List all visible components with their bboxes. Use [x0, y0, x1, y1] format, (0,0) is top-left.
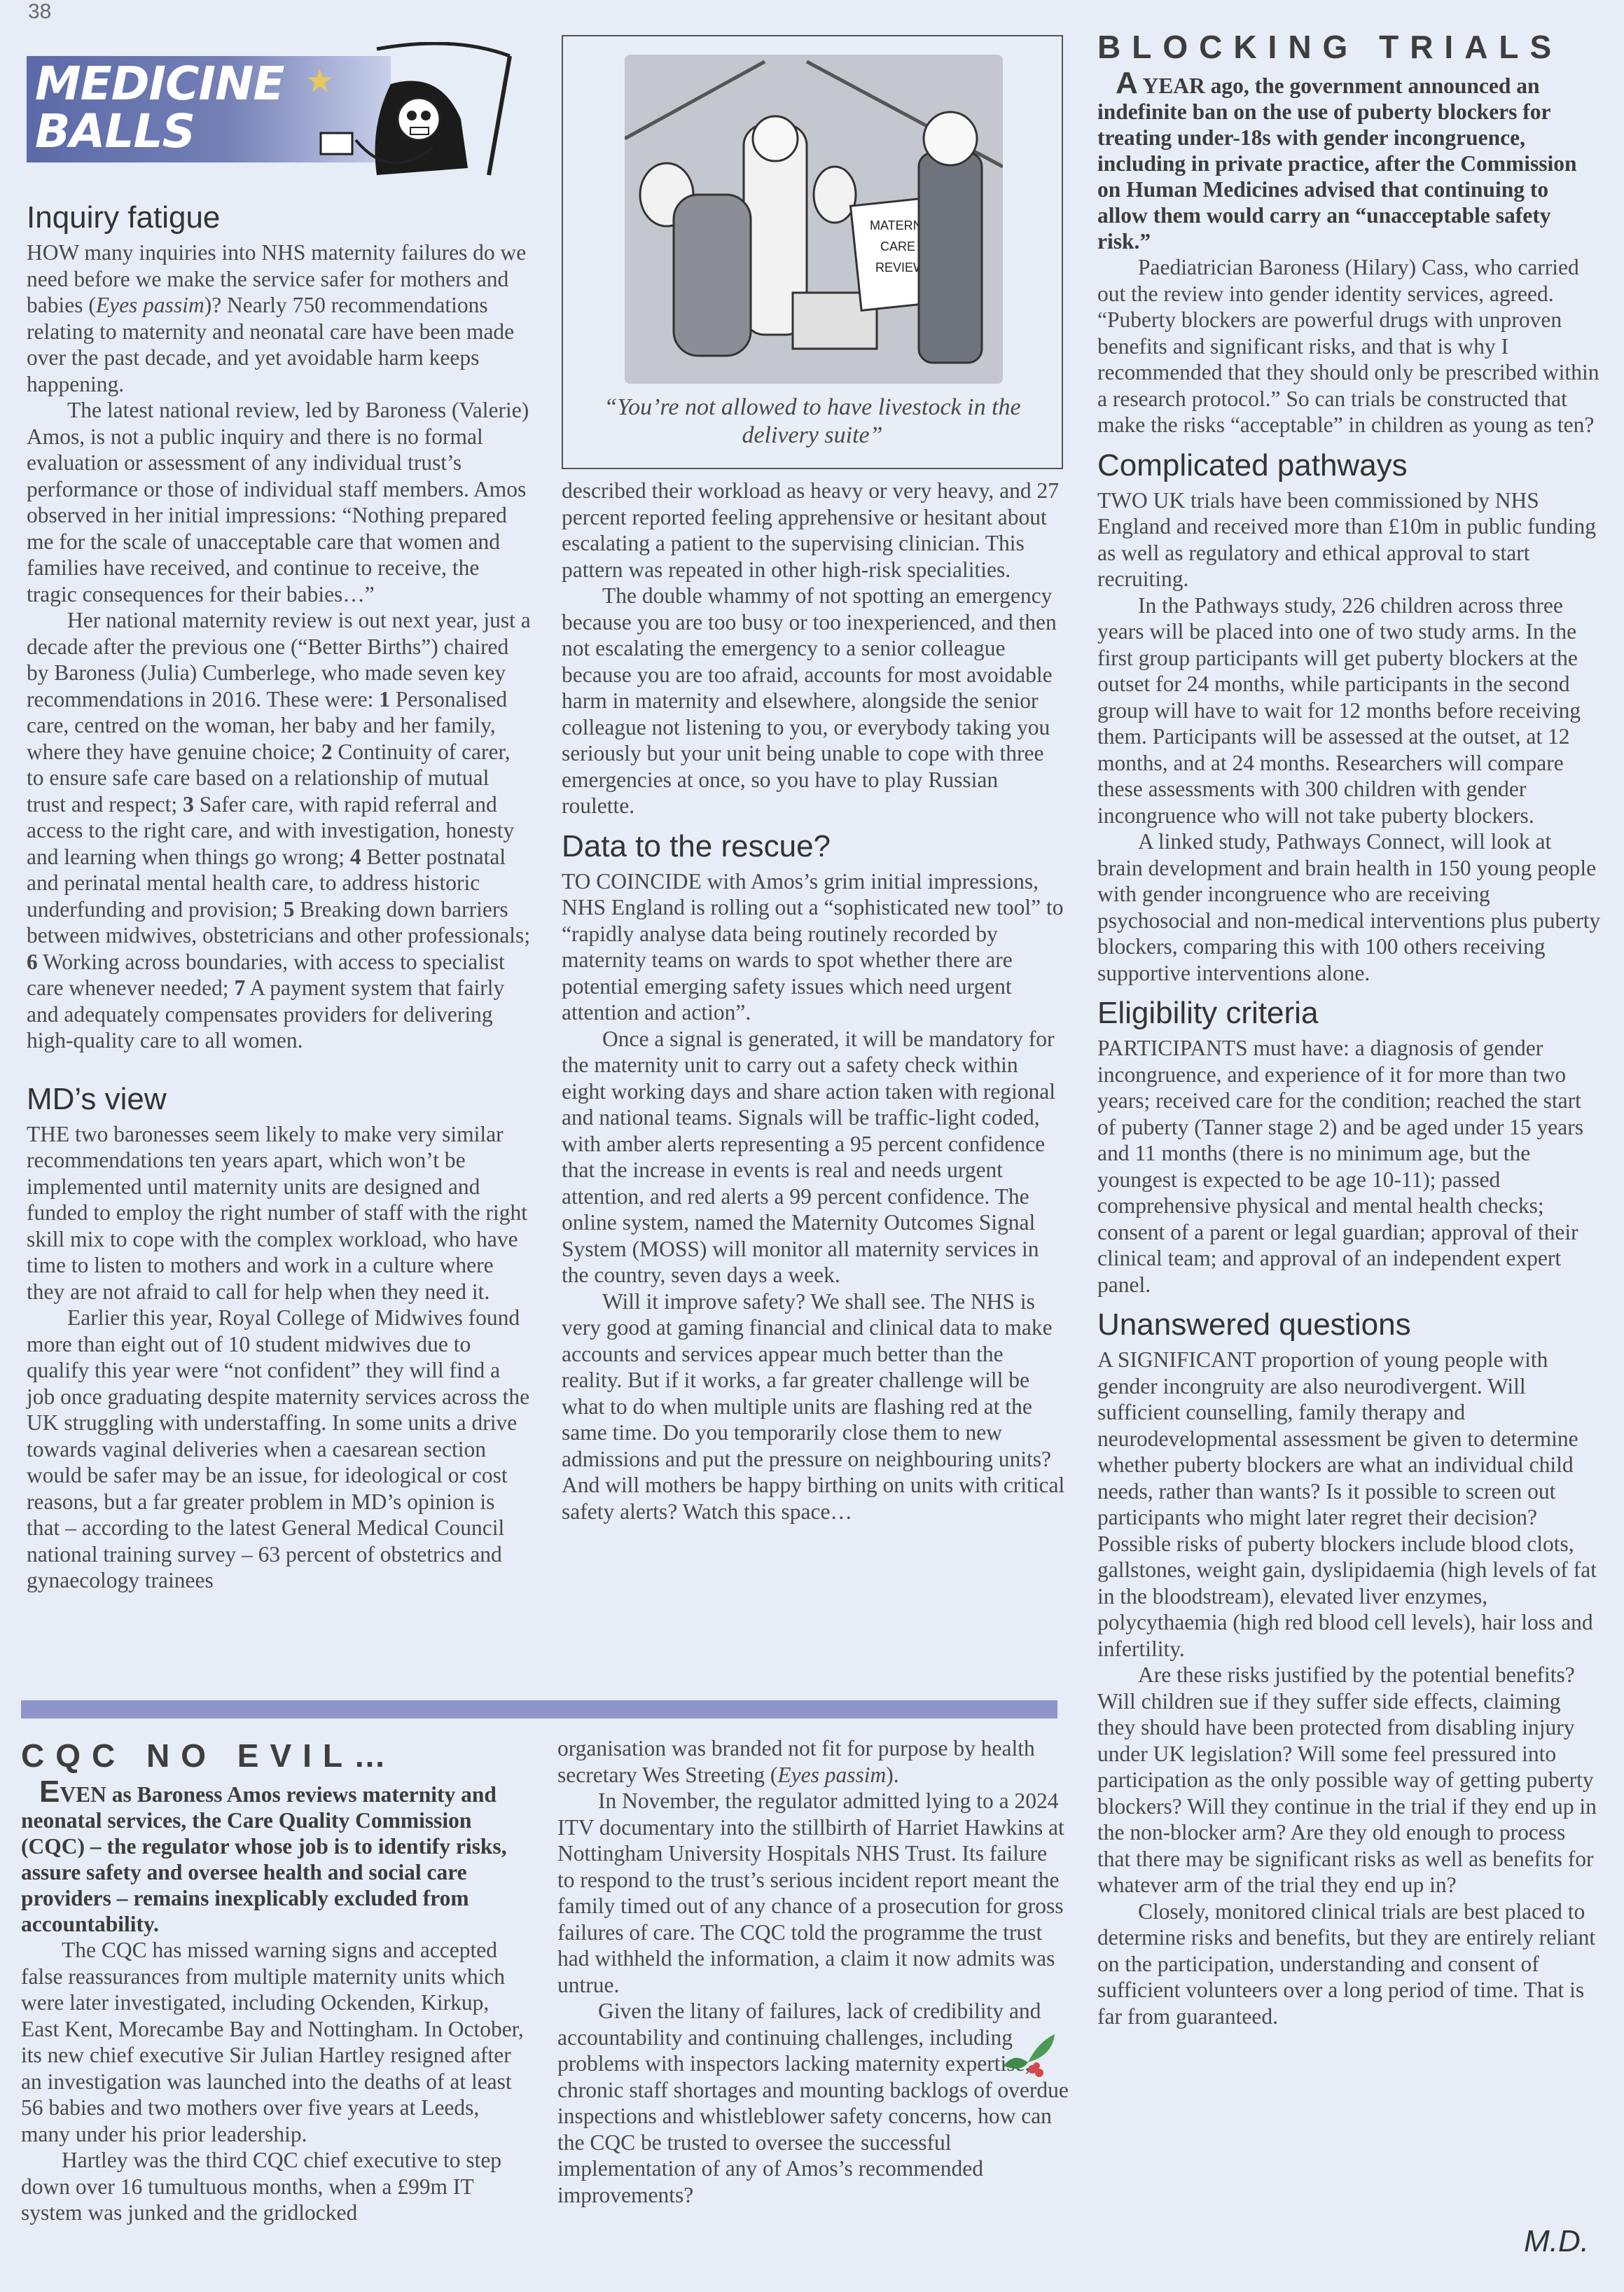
paragraph: In November, the regulator admitted lyin… [557, 1788, 1069, 1998]
paragraph: Will it improve safety? We shall see. Th… [562, 1289, 1066, 1525]
eligibility-body: PARTICIPANTS must have: a diagnosis of g… [1097, 1035, 1602, 1298]
heading-unanswered-questions: Unanswered questions [1097, 1307, 1602, 1342]
paragraph: The CQC has missed warning signs and acc… [21, 1937, 532, 2147]
paragraph: TWO UK trials have been commissioned by … [1097, 487, 1602, 592]
paragraph: The latest national review, led by Baron… [27, 397, 531, 607]
cartoon-caption: “You’re not allowed to have livestock in… [563, 394, 1062, 450]
inquiry-fatigue-body: HOW many inquiries into NHS maternity fa… [27, 239, 531, 1054]
heading-eligibility-criteria: Eligibility criteria [1097, 996, 1602, 1031]
masthead-line1: MEDICINE [35, 60, 284, 108]
paragraph: Paediatrician Baroness (Hilary) Cass, wh… [1097, 254, 1602, 438]
heading-complicated-pathways: Complicated pathways [1097, 448, 1602, 483]
cqc-body: The CQC has missed warning signs and acc… [21, 1937, 532, 2226]
paragraph: Once a signal is generated, it will be m… [562, 1026, 1066, 1289]
blocking-trials-lead: A YEAR ago, the government announced an … [1097, 70, 1602, 254]
kicker-blocking-trials: BLOCKING TRIALS [1097, 28, 1602, 66]
paragraph: described their workload as heavy or ver… [562, 478, 1066, 583]
paragraph: Are these risks justified by the potenti… [1097, 1662, 1602, 1898]
paragraph: Given the litany of failures, lack of cr… [557, 1998, 1069, 2208]
heading-data-to-the-rescue: Data to the rescue? [562, 829, 1066, 864]
middle-column: MATERNITY CARE REVIEW “You’re not allowe… [562, 35, 1066, 1524]
svg-text:REVIEW: REVIEW [875, 261, 925, 275]
author-signature: M.D. [1524, 2224, 1589, 2259]
paragraph: organisation was branded not fit for pur… [557, 1735, 1069, 1788]
cqc-body-continued: organisation was branded not fit for pur… [557, 1735, 1069, 2208]
paragraph: PARTICIPANTS must have: a diagnosis of g… [1097, 1035, 1602, 1298]
nativity-cartoon-illustration: MATERNITY CARE REVIEW [625, 55, 1003, 384]
column-masthead: MEDICINE BALLS ★ [27, 56, 531, 181]
cqc-lead: EVEN as Baroness Amos reviews maternity … [21, 1779, 532, 1937]
paragraph: THE two baronesses seem likely to make v… [27, 1121, 531, 1305]
paragraph: HOW many inquiries into NHS maternity fa… [27, 239, 531, 397]
unanswered-body: A SIGNIFICANT proportion of young people… [1097, 1347, 1602, 2029]
paragraph: A linked study, Pathways Connect, will l… [1097, 828, 1602, 986]
section-divider-band [21, 1700, 1057, 1718]
mds-view-continued: described their workload as heavy or ver… [562, 478, 1066, 819]
page-number: 38 [28, 0, 51, 24]
left-column: MEDICINE BALLS ★ Inquiry fatigue HOW man… [27, 35, 531, 1594]
cqc-section-left: CQC NO EVIL… EVEN as Baroness Amos revie… [21, 1737, 532, 2226]
grim-reaper-icon [272, 42, 538, 182]
complicated-pathways-body: TWO UK trials have been commissioned by … [1097, 487, 1602, 987]
paragraph: TO COINCIDE with Amos’s grim initial imp… [562, 868, 1066, 1026]
kicker-cqc-no-evil: CQC NO EVIL… [21, 1737, 532, 1774]
recommendations-paragraph: Her national maternity review is out nex… [27, 607, 531, 1054]
heading-inquiry-fatigue: Inquiry fatigue [27, 200, 531, 235]
svg-text:CARE: CARE [880, 239, 915, 253]
masthead-title: MEDICINE BALLS [35, 60, 284, 155]
blocking-trials-body: Paediatrician Baroness (Hilary) Cass, wh… [1097, 254, 1602, 438]
cqc-section-middle: organisation was branded not fit for pur… [557, 1735, 1069, 2208]
paragraph: A SIGNIFICANT proportion of young people… [1097, 1347, 1602, 1662]
cartoon: MATERNITY CARE REVIEW “You’re not allowe… [562, 35, 1063, 469]
masthead-line2: BALLS [35, 108, 284, 155]
paragraph: The double whammy of not spotting an eme… [562, 583, 1066, 819]
paragraph: Closely, monitored clinical trials are b… [1097, 1898, 1602, 2030]
paragraph: In the Pathways study, 226 children acro… [1097, 592, 1602, 829]
holly-icon [1000, 2031, 1059, 2080]
paragraph: Hartley was the third CQC chief executiv… [21, 2147, 532, 2226]
data-rescue-body: TO COINCIDE with Amos’s grim initial imp… [562, 868, 1066, 1525]
right-column: BLOCKING TRIALS A YEAR ago, the governme… [1097, 28, 1602, 2029]
mds-view-body: THE two baronesses seem likely to make v… [27, 1121, 531, 1594]
paragraph: Earlier this year, Royal College of Midw… [27, 1305, 531, 1594]
heading-mds-view: MD’s view [27, 1082, 531, 1117]
